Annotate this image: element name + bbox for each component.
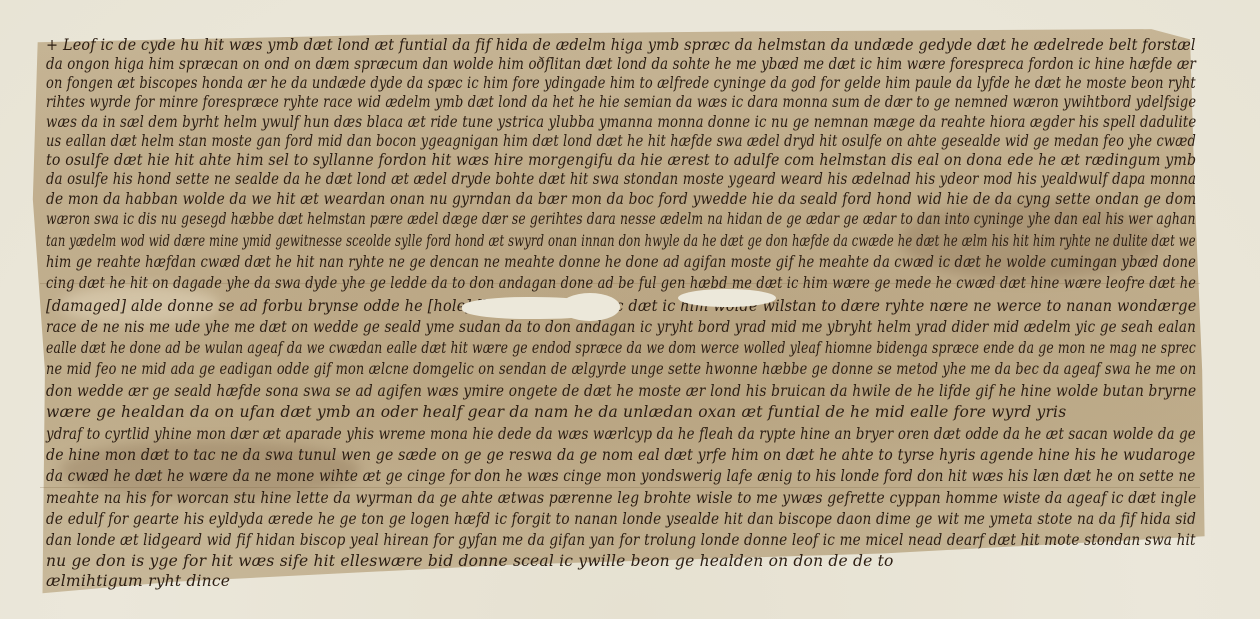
text-line: [damaged] alde donne se ad forbu brynse … bbox=[46, 297, 1196, 315]
text-line: nu ge don is yge for hit wæs sife hit el… bbox=[46, 552, 894, 570]
text-line: da osulfe his hond sette ne sealde da he… bbox=[46, 170, 1196, 188]
text-line: da cwæd he dæt he wære da ne mone wihte … bbox=[46, 467, 1196, 485]
text-line: ælmihtigum ryht dince bbox=[46, 572, 230, 590]
text-line: + Leof ic de cyde hu hit wæs ymb dæt lon… bbox=[46, 36, 1196, 54]
text-line: cing dæt he hit on dagade yhe da swa dyd… bbox=[46, 274, 1196, 292]
text-line: on fongen æt biscopes honda ær he da und… bbox=[46, 74, 1196, 92]
text-line: wæs da in sæl dem byrht helm ywulf hun d… bbox=[46, 113, 1196, 131]
text-line: ydraf to cyrtlid yhine mon dær æt aparad… bbox=[46, 425, 1196, 443]
text-line: dan londe æt lidgeard wid fif hidan bisc… bbox=[46, 531, 1196, 549]
text-line: him ge reahte hæfdan cwæd dæt he hit nan… bbox=[46, 253, 1196, 271]
fold-line bbox=[40, 487, 1200, 488]
text-line: de mon da habban wolde da we hit æt wear… bbox=[46, 190, 1196, 208]
text-line: ealle dæt he done ad be wulan ageaf da w… bbox=[46, 339, 1196, 357]
parchment-hole bbox=[560, 293, 620, 321]
text-line: don wedde ær ge seald hæfde sona swa se … bbox=[46, 382, 1196, 400]
text-line: meahte na his for worcan stu hine lette … bbox=[46, 489, 1196, 507]
text-line: de edulf for gearte his eyldyda ærede he… bbox=[46, 510, 1196, 528]
text-line: us eallan dæt helm stan moste gan ford m… bbox=[46, 132, 1196, 150]
parchment-hole bbox=[678, 289, 776, 307]
text-line: ne mid feo ne mid ada ge eadigan odde gi… bbox=[46, 360, 1196, 378]
text-line: wæron swa ic dis nu gesegd hæbbe dæt hel… bbox=[46, 210, 1196, 228]
text-line: rihtes wyrde for minre forespræce ryhte … bbox=[46, 93, 1196, 111]
text-line: race de ne nis me ude yhe me dæt on wedd… bbox=[46, 318, 1196, 336]
text-line: tan yædelm wod wid dære mine ymid gewitn… bbox=[46, 232, 1196, 250]
text-line: wære ge healdan da on ufan dæt ymb an od… bbox=[46, 403, 1066, 421]
text-line: da ongon higa him spræcan on ond on dæm … bbox=[46, 55, 1196, 73]
text-line: de hine mon dæt to tac ne da swa tunul w… bbox=[46, 446, 1196, 464]
text-line: to osulfe dæt hie hit ahte him sel to sy… bbox=[46, 151, 1196, 169]
